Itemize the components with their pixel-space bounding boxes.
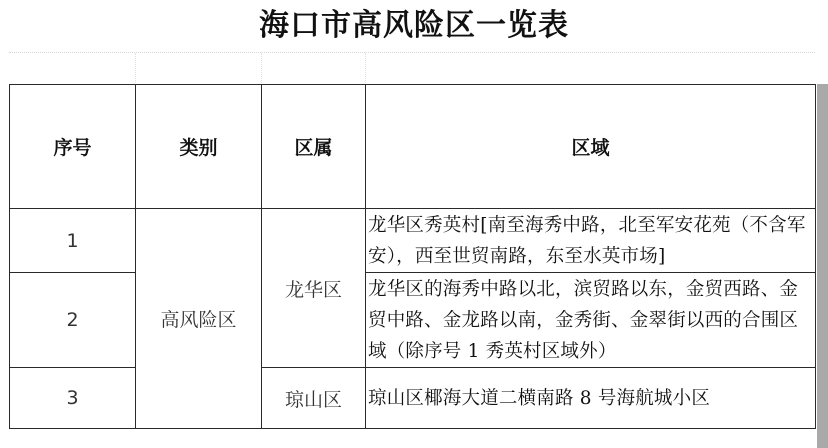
header-district: 区属 bbox=[262, 85, 366, 209]
table-row: 2 龙华区的海秀中路以北，滨贸路以东，金贸西路、金贸中路、金龙路以南，金秀街、金… bbox=[10, 273, 816, 368]
cell-district: 龙华区 bbox=[262, 209, 366, 368]
cell-area: 琼山区椰海大道二横南路 8 号海航城小区 bbox=[366, 368, 816, 429]
header-index: 序号 bbox=[10, 85, 136, 209]
table-row: 1 高风险区 龙华区 龙华区秀英村[南至海秀中路，北至军安花苑（不含军安），西至… bbox=[10, 209, 816, 273]
header-area: 区域 bbox=[366, 85, 816, 209]
header-category: 类别 bbox=[136, 85, 262, 209]
divider bbox=[365, 53, 366, 85]
table-header-row: 序号 类别 区属 区域 bbox=[10, 85, 816, 209]
divider bbox=[135, 53, 136, 85]
vertical-scrollbar[interactable] bbox=[817, 84, 828, 448]
cell-index: 2 bbox=[10, 273, 136, 368]
table-row: 3 琼山区 琼山区椰海大道二横南路 8 号海航城小区 bbox=[10, 368, 816, 429]
divider bbox=[261, 53, 262, 85]
blank-spacer-row bbox=[9, 52, 815, 84]
page-title: 海口市高风险区一览表 bbox=[0, 8, 828, 44]
high-risk-area-table: 序号 类别 区属 区域 1 高风险区 龙华区 龙华区秀英村[南至海秀中路，北至军… bbox=[9, 84, 816, 429]
cell-index: 3 bbox=[10, 368, 136, 429]
cell-area: 龙华区的海秀中路以北，滨贸路以东，金贸西路、金贸中路、金龙路以南，金秀街、金翠街… bbox=[366, 273, 816, 368]
cell-index: 1 bbox=[10, 209, 136, 273]
cell-area: 龙华区秀英村[南至海秀中路，北至军安花苑（不含军安），西至世贸南路，东至水英市场… bbox=[366, 209, 816, 273]
cell-district: 琼山区 bbox=[262, 368, 366, 429]
cell-category: 高风险区 bbox=[136, 209, 262, 429]
